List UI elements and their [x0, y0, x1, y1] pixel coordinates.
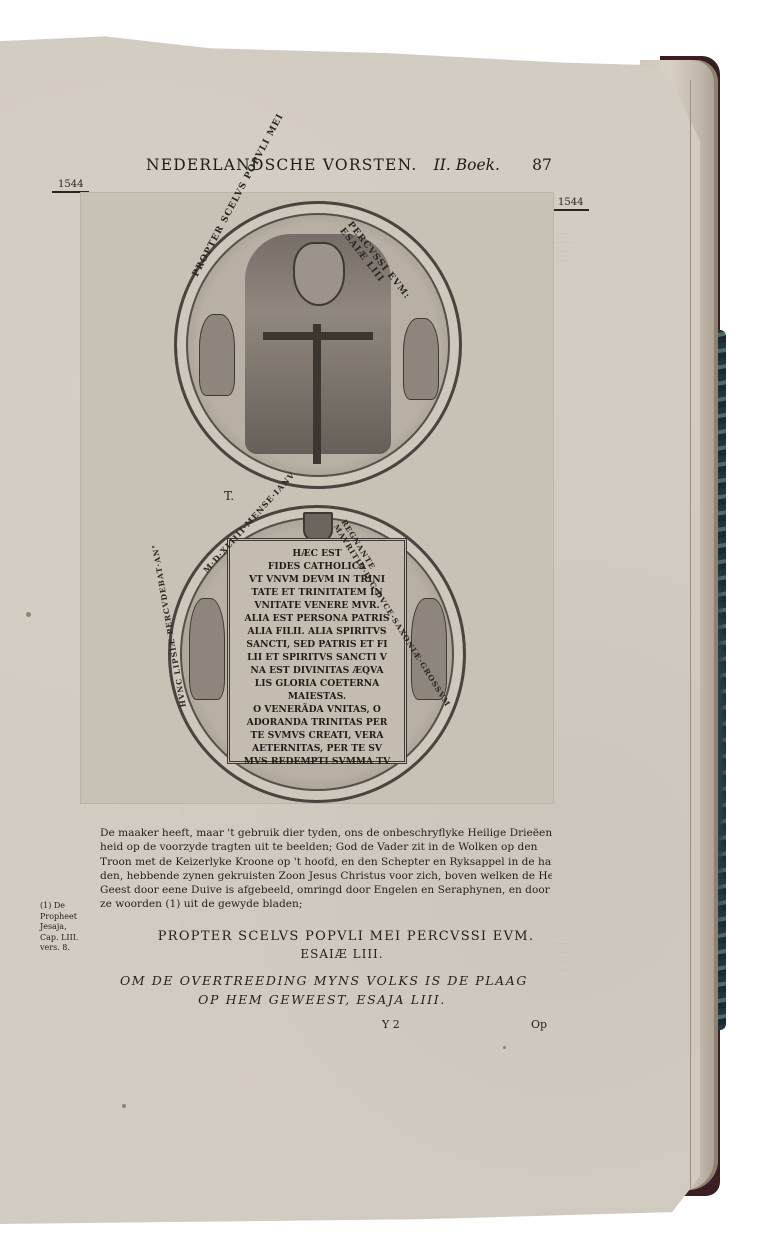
body-line: Troon met de Keizerlyke Kroone op 't hoo…: [100, 855, 552, 869]
tablet-line: ALIA EST PERSONA PATRIS: [230, 612, 404, 625]
body-line: Geest door eene Duive is afgebeeld, omri…: [100, 883, 552, 897]
angel-left: [199, 314, 235, 396]
body-line: ze woorden (1) uit de gewyde bladen;: [100, 897, 552, 911]
tablet-line: ADORANDA TRINITAS PER: [230, 716, 404, 729]
angel-left: [189, 598, 225, 700]
tablet-line: HÆC EST: [230, 547, 404, 560]
latin-quote-line-2: ESAIÆ LIII.: [0, 947, 692, 961]
body-line: heid op de voorzyde tragten uit te beeld…: [100, 840, 552, 854]
tablet-line: SANCTI, SED PATRIS ET FI: [230, 638, 404, 651]
body-paragraph: De maaker heeft, maar 't gebruik dier ty…: [100, 826, 552, 912]
tablet-line: O VENERÃDA VNITAS, O: [230, 703, 404, 716]
dutch-quote-line-2: OP HEM GEWEEST, ESAJA LIII.: [0, 992, 672, 1007]
latin-quote-line-1: PROPTER SCELVS POPVLI MEI PERCVSSI EVM.: [0, 929, 696, 944]
footnote-line: Propheet: [40, 912, 98, 923]
foxing-spot: [122, 1104, 126, 1108]
footnote-line: (1) De: [40, 901, 98, 912]
book-label: II. Boek.: [434, 156, 500, 174]
tablet-line: MAIESTAS.: [230, 690, 404, 703]
dutch-quote-line-1: OM DE OVERTREEDING MYNS VOLKS IS DE PLAA…: [0, 973, 674, 988]
running-header: NEDERLANDSCHE VORSTEN. II. Boek. 87: [146, 156, 552, 174]
engraving-plate: PROPTER SCELVS POPVLI MEI PERCVSSI EVM: …: [80, 192, 554, 804]
coin-reverse: HÆC EST FIDES CATHOLICA VT VNVM DEVM IN …: [168, 505, 466, 803]
tablet-line: LII ET SPIRITVS SANCTI V: [230, 651, 404, 664]
tablet-line: TE SVMVS CREATI, VERA: [230, 729, 404, 742]
page-fold-line: [690, 80, 691, 1190]
tablet-line: AETERNITAS, PER TE SV: [230, 742, 404, 755]
foxing-spot: [503, 1046, 506, 1049]
tablet-line: NA EST DIVINITAS ÆQVA: [230, 664, 404, 677]
tablet-line: MVS REDEMPTI SVMMA TV: [230, 755, 404, 768]
god-the-father-figure: [293, 242, 345, 306]
margin-footnote: (1) De Propheet Jesaja, Cap. LIII. vers.…: [40, 901, 98, 954]
catchword: Op: [531, 1018, 547, 1031]
body-line: den, hebbende zynen gekruisten Zoon Jesu…: [100, 869, 552, 883]
plate-label: T.: [224, 489, 234, 503]
coin-obverse: PROPTER SCELVS POPVLI MEI PERCVSSI EVM: …: [174, 201, 462, 489]
tablet-line: ALIA FILII. ALIA SPIRITVS: [230, 625, 404, 638]
signature-mark: Y 2: [382, 1018, 400, 1031]
year-marker-left: 1544: [52, 179, 89, 193]
foxing-spot: [26, 612, 31, 617]
tablet-line: LIS GLORIA COETERNA: [230, 677, 404, 690]
show-through-text: · · · ·· · · ·· · ·· · · ·: [556, 230, 592, 266]
year-marker-right: 1544: [552, 197, 589, 211]
angel-right: [403, 318, 439, 400]
running-title: NEDERLANDSCHE VORSTEN.: [146, 156, 417, 174]
crucifix-icon: [313, 324, 321, 464]
crucifix-bar: [263, 332, 373, 340]
rim-inscription-left: HVNC LIPSIÆ PERCVDEBAT·AN°: [150, 543, 188, 708]
page-number: 87: [532, 156, 552, 174]
body-line: De maaker heeft, maar 't gebruik dier ty…: [100, 826, 552, 840]
